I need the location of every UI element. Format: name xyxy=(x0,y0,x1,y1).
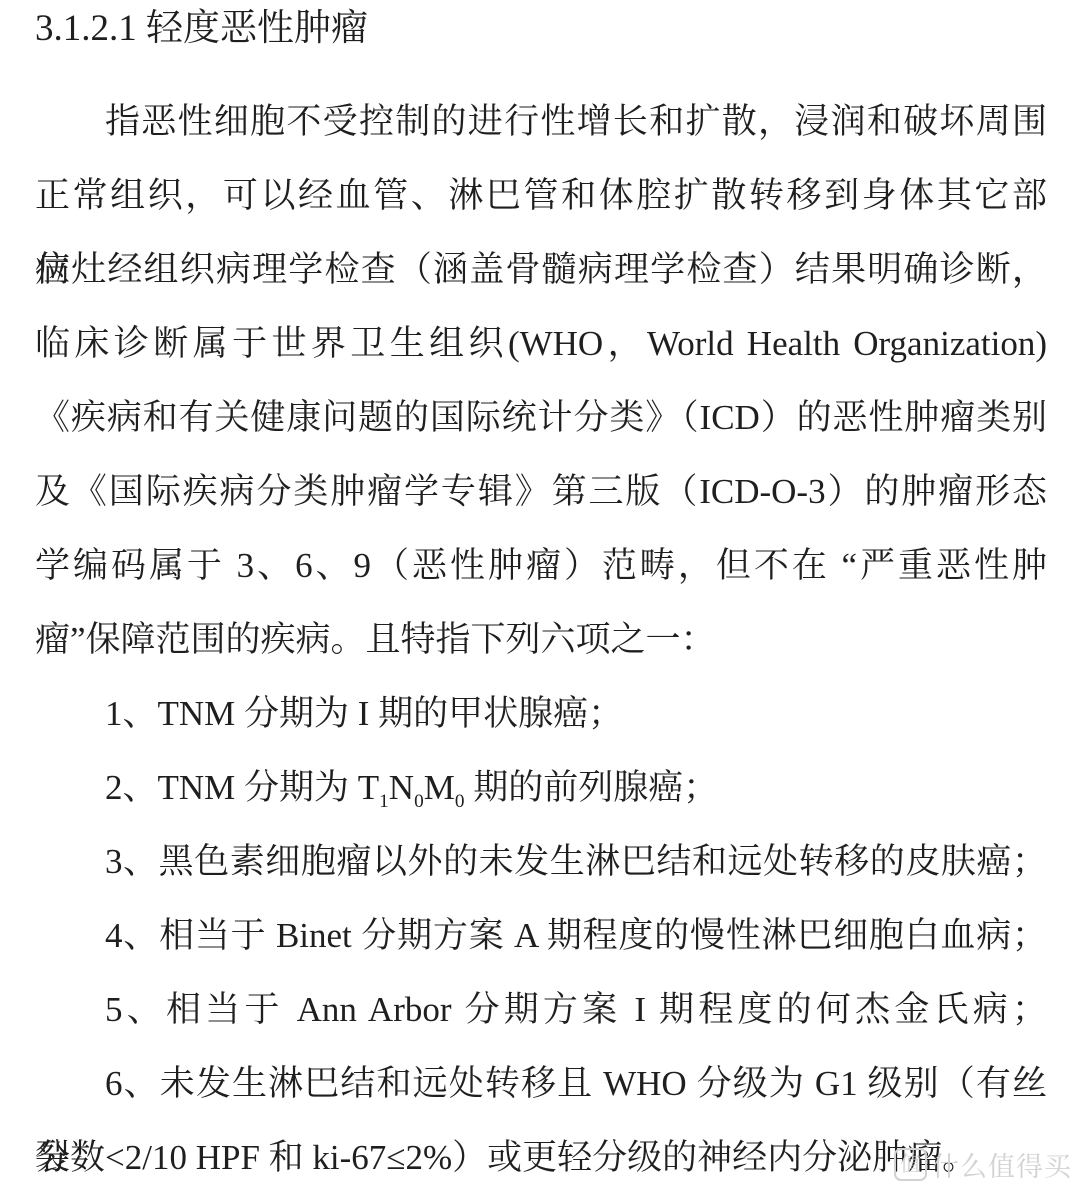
list-item-5: 5、相当于 Ann Arbor 分期方案 I 期程度的何杰金氏病； xyxy=(35,973,1047,1047)
paragraph-line: 学编码属于 3、6、9（恶性肿瘤）范畴，但不在 “严重恶性肿 xyxy=(35,529,1047,603)
list-item-3: 3、黑色素细胞瘤以外的未发生淋巴结和远处转移的皮肤癌； xyxy=(35,825,1047,899)
list-item-2-text: N xyxy=(389,768,414,807)
section-title: 3.1.2.1 轻度恶性肿瘤 xyxy=(35,8,1047,85)
tnm-subscript: 0 xyxy=(455,791,465,812)
watermark-text: 什么值得买 xyxy=(932,1145,1072,1184)
paragraph-line: 指恶性细胞不受控制的进行性增长和扩散，浸润和破坏周围 xyxy=(35,85,1047,159)
paragraph-line: 《疾病和有关健康问题的国际统计分类》（ICD）的恶性肿瘤类别 xyxy=(35,381,1047,455)
list-item-2-text: 2、TNM 分期为 T xyxy=(105,768,379,807)
tnm-subscript: 1 xyxy=(379,791,389,812)
numbered-list: 1、TNM 分期为 I 期的甲状腺癌； 2、TNM 分期为 T1N0M0 期的前… xyxy=(35,677,1047,1195)
smzdm-logo-icon: 值 xyxy=(894,1148,927,1181)
document-page: 3.1.2.1 轻度恶性肿瘤 指恶性细胞不受控制的进行性增长和扩散，浸润和破坏周… xyxy=(0,0,1080,1195)
tnm-subscript: 0 xyxy=(414,791,424,812)
paragraph-line: 正常组织，可以经血管、淋巴管和体腔扩散转移到身体其它部位， xyxy=(35,159,1047,233)
smzdm-watermark: 值 什么值得买 xyxy=(894,1145,1072,1184)
list-item-2: 2、TNM 分期为 T1N0M0 期的前列腺癌； xyxy=(35,751,1047,825)
list-item-2-text: 期的前列腺癌； xyxy=(464,768,718,807)
paragraph-line: 及《国际疾病分类肿瘤学专辑》第三版（ICD-O-3）的肿瘤形态 xyxy=(35,455,1047,529)
paragraph-line: 瘤”保障范围的疾病。且特指下列六项之一： xyxy=(35,603,1047,677)
list-item-1: 1、TNM 分期为 I 期的甲状腺癌； xyxy=(35,677,1047,751)
list-item-4: 4、相当于 Binet 分期方案 A 期程度的慢性淋巴细胞白血病； xyxy=(35,899,1047,973)
list-item-2-text: M xyxy=(424,768,455,807)
paragraph-line: 临床诊断属于世界卫生组织(WHO，World Health Organizati… xyxy=(35,307,1047,381)
paragraph-line: 病灶经组织病理学检查（涵盖骨髓病理学检查）结果明确诊断， xyxy=(35,233,1047,307)
list-item-6-line-1: 6、未发生淋巴结和远处转移且 WHO 分级为 G1 级别（有丝分 xyxy=(35,1047,1047,1121)
definition-paragraph: 指恶性细胞不受控制的进行性增长和扩散，浸润和破坏周围 正常组织，可以经血管、淋巴… xyxy=(35,85,1047,677)
